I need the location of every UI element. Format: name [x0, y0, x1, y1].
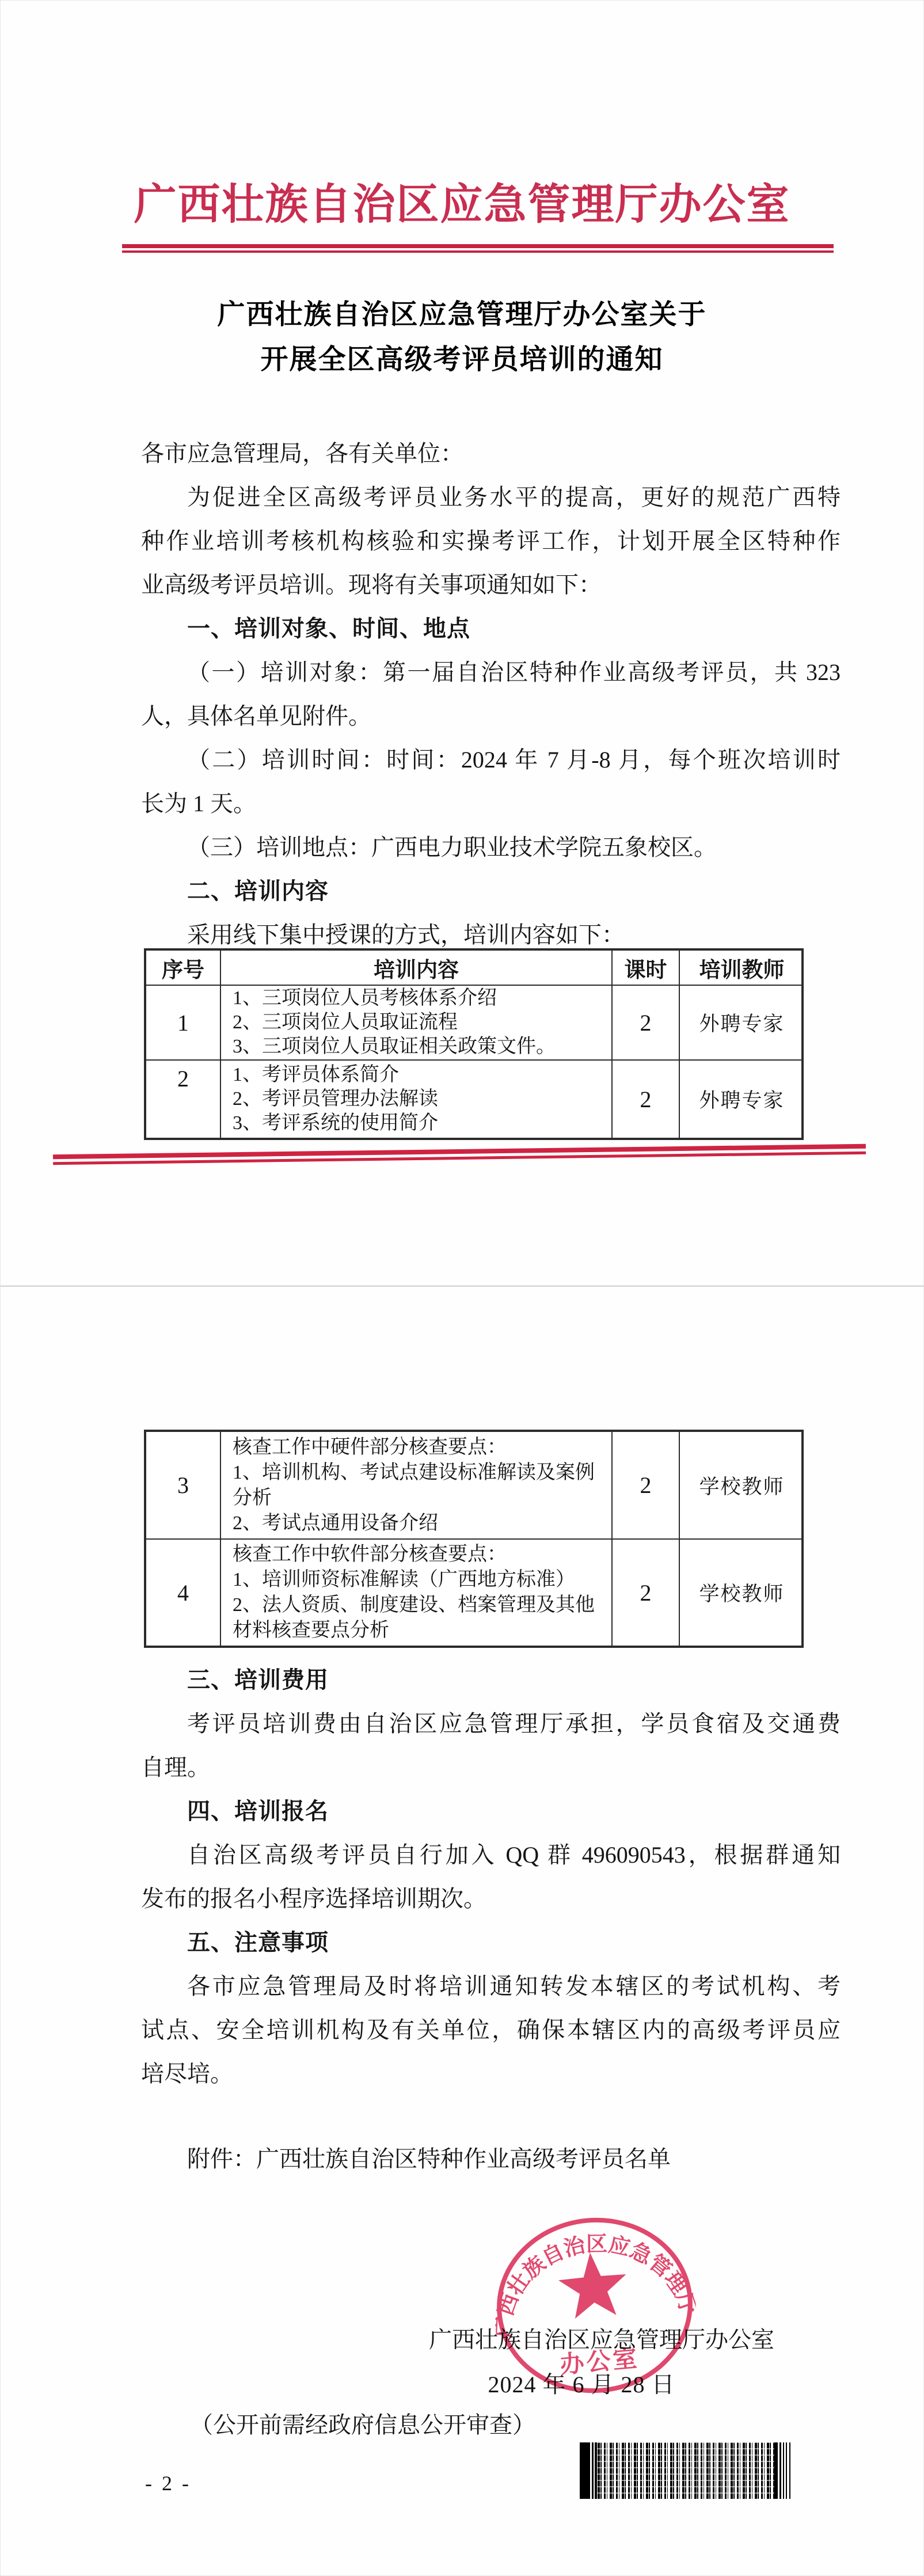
teacher-cell: 学校教师	[680, 1432, 804, 1540]
content-line: 分析	[233, 1485, 272, 1511]
publicity-review-note: （公开前需经政府信息公开审查）	[190, 2407, 535, 2440]
col-header-no: 序号	[146, 951, 221, 986]
row-number-cell: 2	[146, 1061, 221, 1138]
content-line: 核查工作中软件部分核查要点：	[233, 1542, 507, 1567]
training-content-table-continued: 3 核查工作中硬件部分核查要点： 1、培训机构、考试点建设标准解读及案例 分析 …	[144, 1430, 804, 1648]
content-cell: 核查工作中硬件部分核查要点： 1、培训机构、考试点建设标准解读及案例 分析 2、…	[221, 1432, 613, 1540]
teacher-cell: 学校教师	[680, 1540, 804, 1646]
body-line: 业高级考评员培训。现将有关事项通知如下：	[141, 563, 841, 607]
document-title: 广西壮族自治区应急管理厅办公室关于 开展全区高级考评员培训的通知	[0, 292, 924, 382]
page2-body: 三、培训费用 考评员培训费由自治区应急管理厅承担，学员食宿及交通费 自理。 四、…	[141, 1658, 841, 2096]
hours-cell: 2	[613, 986, 680, 1061]
content-line: 材料核查要点分析	[233, 1618, 389, 1643]
content-line: 1、考评员体系简介	[233, 1063, 399, 1087]
document-title-line1: 广西壮族自治区应急管理厅办公室关于	[0, 292, 924, 337]
salutation: 各市应急管理局，各有关单位：	[141, 432, 841, 476]
section-heading-4: 四、培训报名	[141, 1789, 841, 1833]
page-number: - 2 -	[145, 2471, 191, 2495]
content-line: 核查工作中硬件部分核查要点：	[233, 1435, 507, 1460]
page1-end-rule	[53, 1144, 866, 1165]
col-header-hours: 课时	[613, 951, 680, 986]
row-number-cell: 4	[146, 1540, 221, 1646]
section-heading-1: 一、培训对象、时间、地点	[141, 607, 841, 651]
scanned-document: 广西壮族自治区应急管理厅办公室 广西壮族自治区应急管理厅办公室关于 开展全区高级…	[0, 0, 924, 2576]
body-line: 种作业培训考核机构核验和实操考评工作，计划开展全区特种作	[141, 519, 841, 563]
content-line: 2、考试点通用设备介绍	[233, 1511, 438, 1536]
seal-center-text: 办公室	[559, 2345, 641, 2379]
document-title-line2: 开展全区高级考评员培训的通知	[0, 337, 924, 382]
col-header-content: 培训内容	[221, 951, 613, 986]
official-seal: 广西壮族自治区应急管理厅 办公室	[486, 2207, 703, 2403]
page1-body: 各市应急管理局，各有关单位： 为促进全区高级考评员业务水平的提高，更好的规范广西…	[141, 432, 841, 957]
teacher-cell: 外聘专家	[680, 986, 804, 1061]
body-line: （三）培训地点：广西电力职业技术学院五象校区。	[141, 826, 841, 869]
rule-thin-line	[122, 250, 834, 253]
content-line: 2、法人资质、制度建设、档案管理及其他	[233, 1593, 595, 1618]
body-line: （一）培训对象：第一届自治区特种作业高级考评员，共 323	[141, 651, 841, 694]
content-line: 1、培训机构、考试点建设标准解读及案例	[233, 1460, 595, 1485]
row-number-cell: 3	[146, 1432, 221, 1540]
rule-thick-line	[122, 244, 834, 248]
body-line: 长为 1 天。	[141, 782, 841, 826]
content-line: 2、三项岗位人员取证流程	[233, 1010, 458, 1035]
body-line: （二）培训时间：时间：2024 年 7 月-8 月，每个班次培训时	[141, 738, 841, 782]
attachment-note: 附件：广西壮族自治区特种作业高级考评员名单	[141, 2137, 841, 2181]
content-cell: 1、考评员体系简介 2、考评员管理办法解读 3、考评系统的使用简介	[221, 1061, 613, 1138]
content-line: 1、三项岗位人员考核体系介绍	[233, 986, 497, 1010]
letterhead-title: 广西壮族自治区应急管理厅办公室	[0, 170, 924, 231]
body-line: 人，具体名单见附件。	[141, 694, 841, 738]
hours-cell: 2	[613, 1432, 680, 1540]
body-line: 自治区高级考评员自行加入 QQ 群 496090543，根据群通知	[141, 1833, 841, 1877]
hours-cell: 2	[613, 1061, 680, 1138]
content-line: 1、培训师资标准解读（广西地方标准）	[233, 1567, 575, 1593]
letterhead-rule	[122, 244, 834, 253]
section-heading-3: 三、培训费用	[141, 1658, 841, 1702]
barcode-image	[580, 2442, 794, 2499]
body-line: 自理。	[141, 1746, 841, 1789]
seal-graphic: 广西壮族自治区应急管理厅 办公室	[486, 2207, 703, 2403]
body-line: 培尽培。	[141, 2052, 841, 2096]
teacher-cell: 外聘专家	[680, 1061, 804, 1138]
training-content-table: 序号 培训内容 课时 培训教师 1 1、三项岗位人员考核体系介绍 2、三项岗位人…	[144, 948, 804, 1140]
body-line: 为促进全区高级考评员业务水平的提高，更好的规范广西特	[141, 476, 841, 519]
col-header-teacher: 培训教师	[680, 951, 804, 986]
page-edge-divider	[0, 1285, 924, 1287]
body-line: 发布的报名小程序选择培训期次。	[141, 1877, 841, 1921]
section-heading-2: 二、培训内容	[141, 869, 841, 913]
hours-cell: 2	[613, 1540, 680, 1646]
content-line: 3、三项岗位人员取证相关政策文件。	[233, 1035, 556, 1059]
body-line: 试点、安全培训机构及有关单位，确保本辖区内的高级考评员应	[141, 2008, 841, 2052]
body-line: 考评员培训费由自治区应急管理厅承担，学员食宿及交通费	[141, 1702, 841, 1746]
section-heading-5: 五、注意事项	[141, 1921, 841, 1965]
content-cell: 核查工作中软件部分核查要点： 1、培训师资标准解读（广西地方标准） 2、法人资质…	[221, 1540, 613, 1646]
content-line: 2、考评员管理办法解读	[233, 1087, 438, 1111]
body-line: 各市应急管理局及时将培训通知转发本辖区的考试机构、考	[141, 1965, 841, 2008]
row-number-cell: 1	[146, 986, 221, 1061]
content-cell: 1、三项岗位人员考核体系介绍 2、三项岗位人员取证流程 3、三项岗位人员取证相关…	[221, 986, 613, 1061]
content-line: 3、考评系统的使用简介	[233, 1111, 438, 1135]
